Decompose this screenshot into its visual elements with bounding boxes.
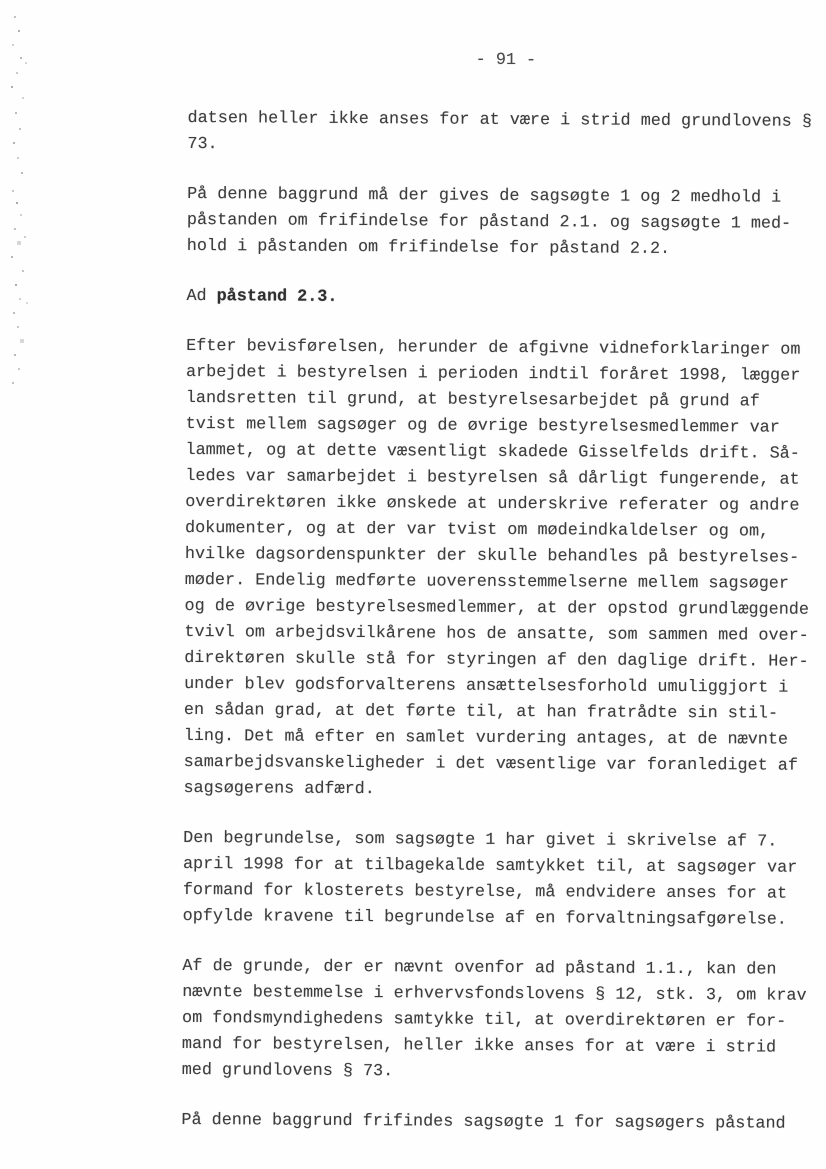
text-line: møder. Endelig medførte uoverensstemmels… [185, 568, 821, 598]
text-line: På denne baggrund må der gives de sagsøg… [187, 182, 823, 212]
text-line: april 1998 for at tilbagekalde samtykket… [183, 852, 819, 882]
scan-noise [0, 0, 2, 2]
text-line: 73. [187, 132, 823, 162]
text-line: Af de grunde, der er nævnt ovenfor ad på… [182, 954, 818, 984]
text-line: lammet, og at dette væsentligt skadede G… [185, 438, 821, 468]
text-line: under blev godsforvalterens ansættelsesf… [184, 672, 820, 702]
text-line: sagsøgerens adfærd. [183, 776, 819, 806]
paragraph-6: På denne baggrund frifindes sagsøgte 1 f… [181, 1108, 817, 1138]
text-line: en sådan grad, at det førte til, at han … [184, 698, 820, 728]
text-line: med grundlovens § 73. [182, 1058, 818, 1088]
section-heading: Adpåstand 2.3. [186, 284, 822, 314]
text-line: opfylde kravene til begrundelse af en fo… [183, 904, 819, 934]
paragraph-2: På denne baggrund må der gives de sagsøg… [187, 182, 823, 264]
paragraph-1: datsen heller ikke anses for at være i s… [187, 106, 823, 162]
text-line: tvist mellem sagsøger og de øvrige besty… [186, 412, 822, 442]
text-line: direktøren skulle stå for styringen af d… [184, 646, 820, 676]
text-line: formand for klosterets bestyrelse, må en… [183, 878, 819, 908]
paragraph-3: Efter bevisførelsen, herunder de afgivne… [183, 334, 822, 806]
page-number: - 91 - [188, 46, 824, 76]
text-line: hold i påstanden om frifindelse for påst… [187, 234, 823, 264]
text-line: mand for bestyrelsen, heller ikke anses … [182, 1032, 818, 1062]
text-line: Den begrundelse, som sagsøgte 1 har give… [183, 826, 819, 856]
page-body: - 91 - datsen heller ikke anses for at v… [181, 46, 824, 1138]
document-page: - 91 - datsen heller ikke anses for at v… [0, 0, 826, 1169]
text-line: nævnte bestemmelse i erhvervsfondslovens… [182, 980, 818, 1010]
text-line: overdirektøren ikke ønskede at underskri… [185, 490, 821, 520]
text-line: Efter bevisførelsen, herunder de afgivne… [186, 334, 822, 364]
text-line: landsretten til grund, at bestyrelsesarb… [186, 386, 822, 416]
text-line: arbejdet i bestyrelsen i perioden indtil… [186, 360, 822, 390]
text-line: hvilke dagsordenspunkter der skulle beha… [185, 542, 821, 572]
text-line: datsen heller ikke anses for at være i s… [187, 106, 823, 136]
text-line: ledes var samarbejdet i bestyrelsen så d… [185, 464, 821, 494]
text-line: På denne baggrund frifindes sagsøgte 1 f… [181, 1108, 817, 1138]
text-line: samarbejdsvanskeligheder i det væsentlig… [184, 750, 820, 780]
text-line: dokumenter, og at der var tvist om mødei… [185, 516, 821, 546]
section-heading-emphasis: påstand 2.3. [217, 287, 338, 307]
text-line: tvivl om arbejdsvilkårene hos de ansatte… [184, 620, 820, 650]
paragraph-4: Den begrundelse, som sagsøgte 1 har give… [183, 826, 820, 934]
text-line: påstanden om frifindelse for påstand 2.1… [187, 208, 823, 238]
section-heading-prefix: Ad [186, 287, 206, 306]
text-line: og de øvrige bestyrelsesmedlemmer, at de… [184, 594, 820, 624]
text-line: om fondsmyndighedens samtykke til, at ov… [182, 1006, 818, 1036]
text-line: ling. Det må efter en samlet vurdering a… [184, 724, 820, 754]
paragraph-5: Af de grunde, der er nævnt ovenfor ad på… [182, 954, 819, 1088]
